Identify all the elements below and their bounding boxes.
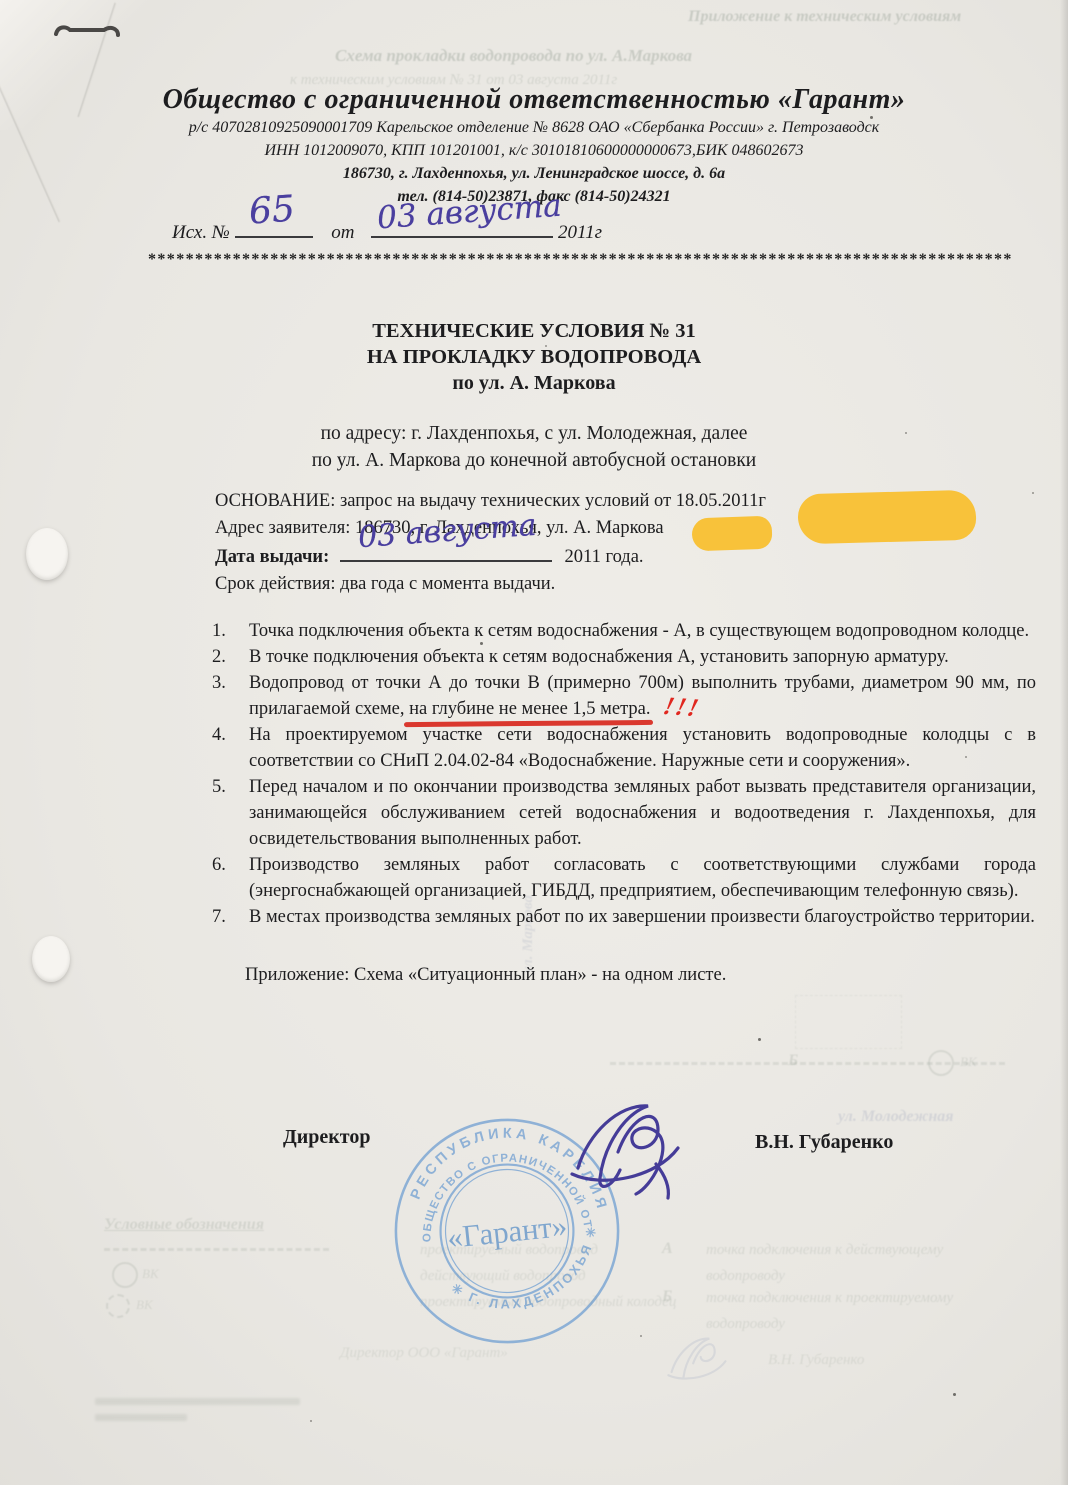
ghost-point-a-label: А [662,1240,673,1258]
dust-speck [310,1420,312,1422]
ghost-name-line: В.Н. Губаренко [768,1352,864,1369]
issue-date-blank: 03 августа [340,541,552,562]
conditions-list: 1. Точка подключения объекта к сетям вод… [212,618,1036,988]
signer-name: В.Н. Губаренко [755,1131,893,1154]
applicant-address: Адрес заявителя: 186730, г. Лахденпохья,… [215,515,1045,542]
org-address: 186730, г. Лахденпохья, ул. Ленинградско… [0,162,1068,185]
dust-speck [758,1038,761,1041]
item-number: 2. [212,644,249,670]
ghost-well-label: ВК [960,1054,977,1070]
title-line3: по ул. А. Маркова [0,370,1068,396]
ghost-legend-dashes [104,1248,329,1251]
list-item: 7. В местах производства земляных работ … [212,904,1036,930]
attachment-line: Приложение: Схема «Ситуационный план» - … [245,962,1036,988]
list-item: 2. В точке подключения объекта к сетям в… [212,644,1036,670]
ghost-top-caption: Приложение к техническим условиям [688,8,961,26]
ref-number-blank: 65 [235,216,313,238]
staple [52,20,122,42]
handwritten-ref-number: 65 [247,188,296,232]
ref-date-blank: 03 августа [371,216,553,238]
dust-speck [953,1393,956,1396]
ghost-legend-item: проектируемый водопроводный колодец [420,1294,676,1311]
item-number: 1. [212,618,249,644]
inn-details: ИНН 1012009070, КПП 101201001, к/с 30101… [0,139,1068,162]
item-number: 4. [212,722,249,774]
ghost-plan-rect [795,995,902,1049]
ghost-well-label: ВК [142,1266,159,1282]
paper-stain [32,936,70,982]
route-line2: по ул. А. Маркова до конечной автобусной… [0,447,1068,474]
ghost-schema-caption: Схема прокладки водопровода по ул. А.Мар… [335,46,692,66]
ghost-street-molodezhnaya: ул. Молодежная [838,1108,953,1126]
route-line1: по адресу: г. Лахденпохья, с ул. Молодеж… [0,420,1068,447]
item-text: В местах производства земляных работ по … [249,904,1036,930]
edge-shadow [1060,0,1068,1485]
ghost-well-circle [928,1050,954,1076]
ghost-legend-item: проектируемый водопровод [420,1242,598,1259]
signer-position: Директор [283,1126,371,1149]
ghost-point-b-label: Б [662,1288,672,1306]
item-text: Производство земляных работ согласовать … [249,852,1036,904]
ghost-point-b-text: точка подключения к проектируемому [706,1290,953,1307]
ghost-point-b: Б [788,1052,798,1070]
item-number: 5. [212,774,249,852]
issue-date-line: Дата выдачи: 03 августа 2011 года. [215,541,1045,571]
asterisk-separator: ****************************************… [148,251,1012,269]
item-number: 6. [212,852,249,904]
ref-year: 2011г [558,222,602,243]
outgoing-ref-line: Исх. № 65 от 03 августа 2011г [172,216,602,244]
item-number: 7. [212,904,249,930]
bank-details: р/с 40702810925090001709 Карельское отде… [0,116,1068,139]
item-text: На проектируемом участке сети водоснабже… [249,722,1036,774]
ghost-director-line: Директор ООО «Гарант» [340,1345,508,1362]
item-text-with-annotation: Водопровод от точки А до точки В (пример… [249,670,1036,722]
title-line1: ТЕХНИЧЕСКИЕ УСЛОВИЯ № 31 [0,318,1068,344]
red-exclamation-marks: !!! [665,707,701,710]
ghost-legend-well2 [106,1294,130,1318]
ghost-legend-item: действующий водопровод [420,1268,586,1285]
item-text: В точке подключения объекта к сетям водо… [249,644,1036,670]
ghost-footer-text [95,1414,187,1421]
item-number: 3. [212,670,249,722]
validity-period: Срок действия: два года с момента выдачи… [215,571,1045,598]
basis-block: ОСНОВАНИЕ: запрос на выдачу технических … [215,488,1045,598]
issue-date-year: 2011 года. [565,547,644,567]
org-name: Общество с ограниченной ответственностью… [0,84,1068,116]
list-item: 5. Перед началом и по окончании производ… [212,774,1036,852]
ghost-signature [660,1330,750,1400]
ghost-legend-well1 [112,1262,138,1288]
ref-from-label: от [331,222,354,243]
handwritten-issue-date: 03 августа [357,513,537,552]
route-address: по адресу: г. Лахденпохья, с ул. Молодеж… [0,420,1068,474]
paper-stain [26,528,68,580]
ghost-legend-title: Условные обозначения [104,1216,264,1234]
ghost-point-a-text: точка подключения к действующему [706,1242,943,1259]
list-item: 3. Водопровод от точки А до точки В (при… [212,670,1036,722]
issue-date-label: Дата выдачи: [215,547,329,567]
item-text: Перед началом и по окончании производств… [249,774,1036,852]
document-title: ТЕХНИЧЕСКИЕ УСЛОВИЯ № 31 НА ПРОКЛАДКУ ВО… [0,318,1068,396]
list-item: 4. На проектируемом участке сети водосна… [212,722,1036,774]
list-item: 1. Точка подключения объекта к сетям вод… [212,618,1036,644]
ghost-footer-text [95,1398,300,1405]
title-line2: НА ПРОКЛАДКУ ВОДОПРОВОДА [0,344,1068,370]
item-text: Точка подключения объекта к сетям водосн… [249,618,1036,644]
scanned-document-page: Приложение к техническим условиям Схема … [0,0,1068,1485]
list-item: 6. Производство земляных работ согласова… [212,852,1036,904]
ghost-point-a-text2: водопроводу [706,1268,785,1285]
ref-no-label: Исх. № [172,222,230,243]
ghost-well-label: ВК [136,1297,153,1313]
basis-request: ОСНОВАНИЕ: запрос на выдачу технических … [215,488,1045,515]
dust-speck [640,1335,642,1337]
ink-signature [560,1090,720,1220]
red-underlined-phrase: на глубине не менее 1,5 метра. [409,699,650,719]
